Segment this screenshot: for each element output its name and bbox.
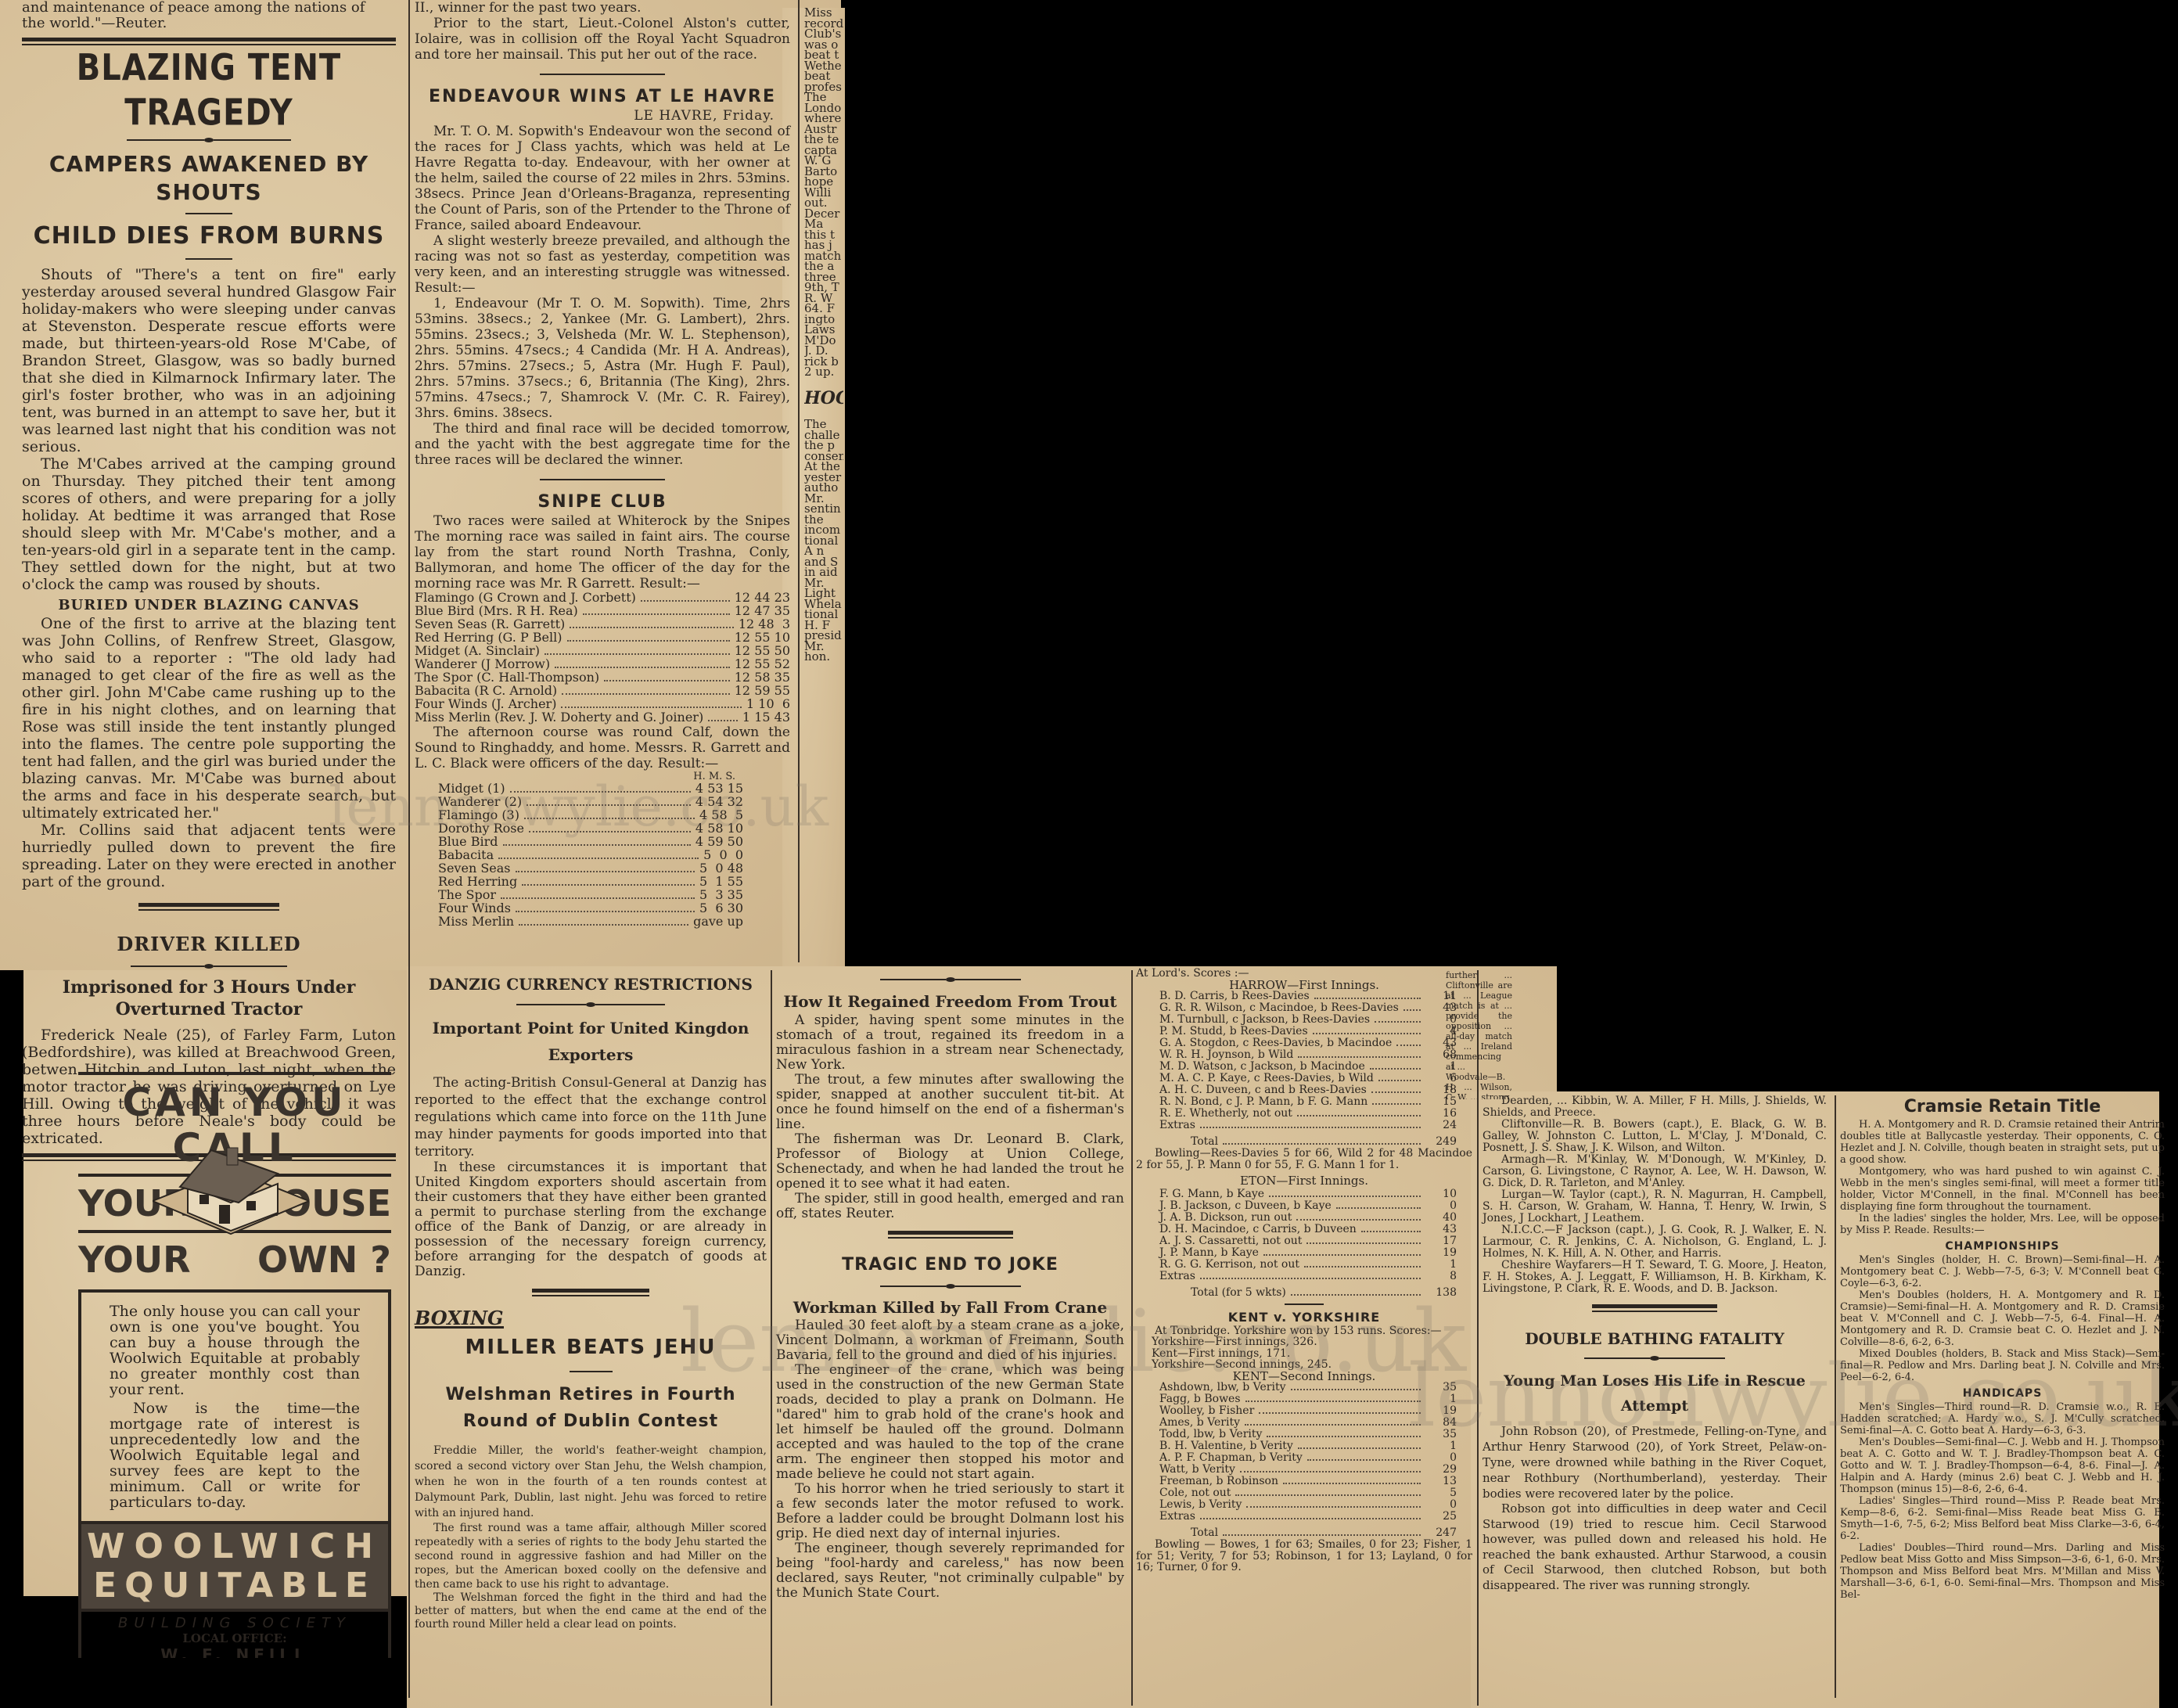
paragraph: The acting-British Consul-General at Dan… xyxy=(415,1074,767,1160)
table-row: Todd, lbw, b Verity35 xyxy=(1136,1429,1457,1440)
row-value: 12 55 52 xyxy=(735,658,790,670)
paragraph: The first round was a tame affair, altho… xyxy=(415,1521,767,1591)
row-label: P. M. Studd, b Rees-Davies xyxy=(1159,1026,1308,1037)
row-value: 40 xyxy=(1425,1212,1457,1224)
row-label: Lewis, b Verity xyxy=(1159,1499,1242,1511)
leader-dots xyxy=(1245,1401,1421,1402)
table-row: Total249 xyxy=(1136,1136,1457,1148)
row-label: Watt, b Verity xyxy=(1159,1464,1235,1476)
leader-dots xyxy=(1200,1518,1421,1519)
divider xyxy=(888,1231,1013,1239)
row-value: 0 xyxy=(1425,1499,1457,1511)
headline: BLAZING TENT TRAGEDY xyxy=(22,46,396,136)
leader-dots xyxy=(503,844,691,846)
top-fragment: II., winner for the past two years. Prio… xyxy=(415,0,790,63)
column-divider xyxy=(1131,970,1133,1706)
divider xyxy=(540,479,665,480)
leader-dots xyxy=(498,858,699,859)
row-value: 13 xyxy=(1425,1476,1457,1487)
table-row: G. R. R. Wilson, c Macindoe, b Rees-Davi… xyxy=(1136,1002,1457,1014)
leader-dots xyxy=(522,884,695,886)
advertisement-woolwich: CAN YOU CALL YOUR HOUSE YOUR OWN ? The o… xyxy=(78,1072,391,1698)
leader-dots xyxy=(1314,998,1421,999)
results-table-morning: Flamingo (G Crown and J. Corbett)12 44 2… xyxy=(415,592,790,725)
row-value: 12 58 35 xyxy=(735,671,790,683)
row-label: Miss Merlin (Rev. J. W. Doherty and G. J… xyxy=(415,711,703,723)
column-divider xyxy=(1835,1095,1836,1698)
table-row: M. Turnbull, c Jackson, b Rees-Davies0 xyxy=(1136,1014,1457,1026)
article-boxing: BOXING MILLER BEATS JEHU Welshman Retire… xyxy=(415,1311,767,1631)
row-value: 247 xyxy=(1425,1527,1457,1539)
text-line: Yorkshire—First innings, 326. xyxy=(1152,1336,1472,1348)
scorecard-total: Total (for 5 wkts)138 xyxy=(1136,1287,1472,1299)
text-line: 2 up. xyxy=(804,367,843,378)
row-value: 12 48 3 xyxy=(739,618,790,630)
row-label: R. N. Bond, c J. P. Mann, b F. G. Mann xyxy=(1159,1096,1368,1108)
row-value: 12 47 35 xyxy=(735,605,790,617)
text-line: Men's Doubles (holders, H. A. Montgomery… xyxy=(1840,1289,2165,1348)
leader-dots xyxy=(527,804,691,806)
ad-brand-1: WOOLWICH xyxy=(81,1527,388,1566)
column-5-fragment: further ... Cliftonville are at ... Leag… xyxy=(1446,970,1512,1099)
leader-dots xyxy=(1306,1242,1421,1244)
table-row: Extras8 xyxy=(1136,1271,1457,1282)
leader-dots xyxy=(501,897,695,899)
table-row: R. N. Bond, c J. P. Mann, b F. G. Mann15 xyxy=(1136,1096,1457,1108)
bowling-summary: Bowling—Rees-Davies 5 for 66, Wild 2 for… xyxy=(1136,1148,1472,1170)
paragraph: A spider, having spent some minutes in t… xyxy=(776,1013,1124,1073)
paragraph: The spider, still in good health, emerge… xyxy=(776,1192,1124,1221)
text-line: Ladies' Singles—Third round—Miss P. Read… xyxy=(1840,1495,2165,1542)
team-lists: Dearden, ... Kibbin, W. A. Miller, F H. … xyxy=(1483,1095,1827,1295)
leader-dots xyxy=(1267,1436,1421,1437)
text-line: Dearden, ... Kibbin, W. A. Miller, F H. … xyxy=(1483,1095,1827,1119)
table-row: Watt, b Verity29 xyxy=(1136,1464,1457,1476)
row-label: Flamingo (G Crown and J. Corbett) xyxy=(415,592,636,603)
text-line: hon. xyxy=(804,652,843,663)
leader-dots xyxy=(567,640,730,642)
row-value: 1 xyxy=(1425,1393,1457,1405)
row-value: 12 55 50 xyxy=(735,645,790,656)
paragraph: In the ladies' singles the holder, Mrs. … xyxy=(1840,1213,2165,1236)
scorecard-total: Total249 xyxy=(1136,1136,1472,1148)
row-value: 24 xyxy=(1425,1120,1457,1131)
row-label: M. Turnbull, c Jackson, b Rees-Davies xyxy=(1159,1014,1370,1026)
paragraph: The afternoon course was round Calf, dow… xyxy=(415,725,790,771)
headline: ENDEAVOUR WINS AT LE HAVRE xyxy=(415,86,790,108)
text-line: Men's Singles (holder, H. C. Brown)—Semi… xyxy=(1840,1254,2165,1289)
table-row: Fagg, b Bowes1 xyxy=(1136,1393,1457,1405)
leader-dots xyxy=(604,680,730,681)
divider xyxy=(570,1371,613,1372)
row-value: 16 xyxy=(1425,1108,1457,1120)
headline: MILLER BEATS JEHU xyxy=(415,1333,767,1361)
row-label: M. A. C. P. Kaye, c Rees-Davies, b Wild xyxy=(1159,1073,1374,1084)
table-row: A. P. F. Chapman, b Verity0 xyxy=(1136,1452,1457,1464)
paragraph: The third and final race will be decided… xyxy=(415,421,790,468)
text-line: Men's Doubles—Semi-final—C. J. Webb and … xyxy=(1840,1437,2165,1495)
table-row: B. H. Valentine, b Verity1 xyxy=(1136,1440,1457,1452)
paragraph: The fisherman was Dr. Leonard B. Clark, … xyxy=(776,1132,1124,1192)
paragraph: Mr. T. O. M. Sopwith's Endeavour won the… xyxy=(415,124,790,233)
row-label: Fagg, b Bowes xyxy=(1159,1393,1241,1405)
leader-dots xyxy=(1307,1459,1421,1461)
text-line: Mixed Doubles (holders, B. Stack and Mis… xyxy=(1840,1348,2165,1383)
leader-dots xyxy=(1246,1506,1421,1508)
subheadline: Workman Killed by Fall From Crane xyxy=(776,1296,1124,1318)
table-row: M. A. C. P. Kaye, c Rees-Davies, b Wild6 xyxy=(1136,1073,1457,1084)
row-label: Seven Seas (R. Garrett) xyxy=(415,618,565,630)
bowling-summary: Bowling — Bowes, 1 for 63; Smailes, 0 fo… xyxy=(1136,1539,1472,1573)
row-label: Wanderer (J Morrow) xyxy=(415,658,550,670)
row-value: 19 xyxy=(1425,1247,1457,1259)
paragraph: The M'Cabes arrived at the camping groun… xyxy=(22,455,396,593)
divider xyxy=(22,38,396,45)
row-label: Ames, b Verity xyxy=(1159,1417,1240,1429)
text-line: Ladies' Doubles—Third round—Mrs. Darling… xyxy=(1840,1542,2165,1601)
row-label: Wanderer (2) xyxy=(438,796,522,807)
row-value: 4 58 5 xyxy=(699,809,743,821)
text-line: Cliftonville—R. B. Bowers (capt.), E. Bl… xyxy=(1483,1119,1827,1154)
ornament-divider xyxy=(1584,1356,1725,1361)
divider xyxy=(185,258,232,260)
paragraph: A slight westerly breeze prevailed, and … xyxy=(415,233,790,296)
article-danzig: DANZIG CURRENCY RESTRICTIONS Important P… xyxy=(415,974,767,1279)
ornament-divider xyxy=(880,977,1021,982)
table-row: Total247 xyxy=(1136,1527,1457,1539)
text-line: Men's Singles—Third round—R. D. Cramsie … xyxy=(1840,1401,2165,1437)
column-sliver: MissrecordClub'swas obeat tWethebeatprof… xyxy=(804,8,843,663)
ornament-divider xyxy=(131,964,287,969)
ornament-divider xyxy=(127,138,291,142)
column-1: and maintenance of peace among the natio… xyxy=(22,0,396,1167)
headline: TRAGIC END TO JOKE xyxy=(776,1254,1124,1276)
leader-dots xyxy=(1291,1389,1421,1390)
leader-dots xyxy=(1371,1091,1421,1093)
column-6-tennis: Cramsie Retain Title H. A. Montgomery an… xyxy=(1840,1095,2165,1601)
row-value: 29 xyxy=(1425,1464,1457,1476)
paragraph: Montgomery, who was hard pushed to win a… xyxy=(1840,1166,2165,1213)
results-table-afternoon: Midget (1)4 53 15Wanderer (2)4 54 32Flam… xyxy=(415,782,790,929)
leader-dots xyxy=(561,707,742,708)
leader-dots xyxy=(1336,1207,1421,1209)
table-row: R. E. Whetherly, not out16 xyxy=(1136,1108,1457,1120)
headline: How It Regained Freedom From Trout xyxy=(776,990,1124,1013)
article-endeavour: ENDEAVOUR WINS AT LE HAVRE LE HAVRE, Fri… xyxy=(415,86,790,468)
table-row: P. M. Studd, b Rees-Davies4 xyxy=(1136,1026,1457,1037)
row-value: 19 xyxy=(1425,1405,1457,1417)
row-label: The Spor xyxy=(438,889,496,901)
leader-dots xyxy=(1313,1033,1421,1034)
leader-dots xyxy=(641,600,730,602)
leader-dots xyxy=(1403,1009,1421,1011)
leader-dots xyxy=(1396,1045,1421,1046)
leader-dots xyxy=(1304,1266,1421,1268)
subheadline: CHILD DIES FROM BURNS xyxy=(22,221,396,252)
row-value: 12 55 10 xyxy=(735,631,790,643)
innings-heading: ETON—First Innings. xyxy=(1136,1175,1472,1187)
text-line: N.I.C.C.—F Jackson (capt.), J. G. Cook, … xyxy=(1483,1224,1827,1260)
article-blazing-tent: BLAZING TENT TRAGEDY CAMPERS AWAKENED BY… xyxy=(22,52,396,890)
ad-society: BUILDING SOCIETY xyxy=(81,1615,388,1631)
innings-heading: KENT—Second Innings. xyxy=(1136,1371,1472,1383)
dateline: LE HAVRE, Friday. xyxy=(415,108,790,124)
table-row: J. P. Mann, b Kaye19 xyxy=(1136,1247,1457,1259)
table-row: Extras24 xyxy=(1136,1120,1457,1131)
text-line: Lurgan—W. Taylor (capt.), R. N. Magurran… xyxy=(1483,1189,1827,1224)
row-label: B. H. Valentine, b Verity xyxy=(1159,1440,1293,1452)
row-label: Extras xyxy=(1159,1271,1195,1282)
headline: DOUBLE BATHING FATALITY xyxy=(1483,1329,1827,1348)
row-value: 8 xyxy=(1425,1271,1457,1282)
crosshead: HANDICAPS xyxy=(1840,1388,2165,1400)
leader-dots xyxy=(1223,1534,1421,1536)
ad-footer: BUILDING SOCIETY LOCAL OFFICE: W. F. NEI… xyxy=(78,1612,391,1658)
row-label: Babacita (R C. Arnold) xyxy=(415,685,557,696)
row-label: Freeman, b Robinson xyxy=(1159,1476,1278,1487)
headline: KENT v. YORKSHIRE xyxy=(1136,1310,1472,1325)
table-row: Miss Merlingave up xyxy=(415,915,743,929)
column-2-lower: DANZIG CURRENCY RESTRICTIONS Important P… xyxy=(415,974,767,1631)
row-label: Blue Bird (Mrs. R H. Rea) xyxy=(415,605,578,617)
innings-heading: HARROW—First Innings. xyxy=(1136,980,1472,991)
row-label: Total xyxy=(1191,1136,1218,1148)
ad-office-name: W. F. NEILL xyxy=(81,1645,388,1658)
row-label: Babacita xyxy=(438,849,494,861)
leader-dots xyxy=(555,667,730,668)
table-row: Total (for 5 wkts)138 xyxy=(1136,1287,1457,1299)
row-value: 1 15 43 xyxy=(742,711,790,723)
leader-dots xyxy=(570,627,734,628)
row-label: A. J. S. Cassaretti, not out xyxy=(1159,1235,1302,1247)
ornament-divider xyxy=(516,1002,665,1007)
leader-dots xyxy=(1297,1115,1421,1116)
article-trout: How It Regained Freedom From Trout A spi… xyxy=(776,990,1124,1221)
innings-summary: Yorkshire—First innings, 326.Kent—First … xyxy=(1136,1336,1472,1371)
scorecard-kent: Ashdown, lbw, b Verity35Fagg, b Bowes1Wo… xyxy=(1136,1382,1472,1523)
row-label: Woolley, b Fisher xyxy=(1159,1405,1254,1417)
row-value: 5 0 0 xyxy=(703,849,743,861)
section-label: HOC xyxy=(804,394,843,405)
row-value: 12 59 55 xyxy=(735,685,790,696)
row-label: Cole, not out xyxy=(1159,1487,1231,1499)
paragraph: One of the first to arrive at the blazin… xyxy=(22,615,396,822)
table-row: Miss Merlin (Rev. J. W. Doherty and G. J… xyxy=(415,711,790,725)
row-label: Red Herring (G. P Bell) xyxy=(415,631,562,643)
paragraph: Robson got into difficulties in deep wat… xyxy=(1483,1501,1827,1593)
row-label: Ashdown, lbw, b Verity xyxy=(1159,1382,1286,1393)
leader-dots xyxy=(544,653,730,655)
leader-dots xyxy=(1298,1056,1421,1058)
row-label: R. E. Whetherly, not out xyxy=(1159,1108,1292,1120)
row-value: 43 xyxy=(1425,1224,1457,1235)
row-value: 0 xyxy=(1425,1452,1457,1464)
paragraph: To his horror when he tried seriously to… xyxy=(776,1482,1124,1541)
row-value: 25 xyxy=(1425,1511,1457,1523)
table-row: W. R. H. Joynson, b Wild68 xyxy=(1136,1049,1457,1061)
divider xyxy=(532,1289,649,1296)
ad-headline-3a: YOUR xyxy=(78,1239,191,1281)
row-value: 0 xyxy=(1425,1200,1457,1212)
table-row: Freeman, b Robinson13 xyxy=(1136,1476,1457,1487)
leader-dots xyxy=(519,924,688,926)
row-label: G. A. Stogdon, c Rees-Davies, b Macindoe xyxy=(1159,1037,1392,1049)
paragraph: In these circumstances it is important t… xyxy=(415,1160,767,1279)
row-label: Total xyxy=(1191,1527,1218,1539)
divider xyxy=(1592,1304,1717,1312)
paragraph: Freddie Miller, the world's feather-weig… xyxy=(415,1443,767,1521)
text-line: Kent—First innings, 171. xyxy=(1152,1348,1472,1360)
row-value: 35 xyxy=(1425,1429,1457,1440)
row-value: 4 58 10 xyxy=(695,822,743,834)
row-label: G. R. R. Wilson, c Macindoe, b Rees-Davi… xyxy=(1159,1002,1399,1014)
table-row: Woolley, b Fisher19 xyxy=(1136,1405,1457,1417)
table-row: R. G. G. Kerrison, not out1 xyxy=(1136,1259,1457,1271)
subheadline: CAMPERS AWAKENED BY SHOUTS xyxy=(22,150,396,207)
table-row: F. G. Mann, b Kaye10 xyxy=(1136,1188,1457,1200)
paragraph: Hauled 30 feet aloft by a steam crane as… xyxy=(776,1318,1124,1363)
row-value: 4 53 15 xyxy=(695,782,743,794)
row-label: Todd, lbw, b Verity xyxy=(1159,1429,1262,1440)
column-2: II., winner for the past two years. Prio… xyxy=(415,0,790,929)
row-label: Total (for 5 wkts) xyxy=(1191,1287,1286,1299)
row-label: Midget (1) xyxy=(438,782,505,794)
column-divider xyxy=(408,0,410,1698)
ad-headline-3b: OWN ? xyxy=(257,1239,391,1281)
leader-dots xyxy=(1378,1080,1421,1081)
article-bathing-fatality: DOUBLE BATHING FATALITY Young Man Loses … xyxy=(1483,1329,1827,1593)
leader-dots xyxy=(1200,1278,1421,1279)
results-paragraph: 1, Endeavour (Mr T. O. M. Sopwith). Time… xyxy=(415,296,790,421)
table-row: M. D. Watson, c Jackson, b Macindoe1 xyxy=(1136,1061,1457,1073)
row-label: A. P. F. Chapman, b Verity xyxy=(1159,1452,1303,1464)
leader-dots xyxy=(1223,1143,1421,1145)
leader-dots xyxy=(1235,1494,1421,1496)
row-label: Miss Merlin xyxy=(438,915,514,927)
table-row: Ames, b Verity84 xyxy=(1136,1417,1457,1429)
ad-body-1: The only house you can call your own is … xyxy=(110,1303,360,1397)
leader-dots xyxy=(1245,1424,1421,1426)
row-label: A. H. C. Duveen, c and b Rees-Davies xyxy=(1159,1084,1367,1096)
divider xyxy=(540,74,665,75)
row-value: 5 0 48 xyxy=(699,862,743,874)
table-row: A. H. C. Duveen, c and b Rees-Davies18 xyxy=(1136,1084,1457,1096)
row-label: Four Winds xyxy=(438,902,511,914)
divider xyxy=(185,213,232,214)
table-row: Extras25 xyxy=(1136,1511,1457,1523)
leader-dots xyxy=(1375,1021,1421,1023)
column-5: Dearden, ... Kibbin, W. A. Miller, F H. … xyxy=(1483,1095,1827,1593)
row-label: Blue Bird xyxy=(438,836,498,847)
ad-rule xyxy=(78,1072,391,1075)
row-label: The Spor (C. Hall-Thompson) xyxy=(415,671,599,683)
row-value: 17 xyxy=(1425,1235,1457,1247)
row-value: 5 1 55 xyxy=(699,876,743,887)
paragraph: Two races were sailed at Whiterock by th… xyxy=(415,513,790,592)
headline: DANZIG CURRENCY RESTRICTIONS xyxy=(415,974,767,994)
text-line: Cheshire Wayfarers—H T. Seward, T. G. Mo… xyxy=(1483,1260,1827,1295)
row-value: 5 6 30 xyxy=(699,902,743,914)
paragraph: John Robson (20), of Prestmede, Felling-… xyxy=(1483,1423,1827,1501)
table-row: D. H. Macindoe, c Carris, b Duveen43 xyxy=(1136,1224,1457,1235)
row-label: Four Winds (J. Archer) xyxy=(415,698,556,710)
row-label: M. D. Watson, c Jackson, b Macindoe xyxy=(1159,1061,1365,1073)
leader-dots xyxy=(708,720,738,721)
divider xyxy=(138,903,279,911)
headline: DRIVER KILLED xyxy=(22,933,396,956)
paragraph: The trout, a few minutes after swallowin… xyxy=(776,1073,1124,1132)
table-row: G. A. Stogdon, c Rees-Davies, b Macindoe… xyxy=(1136,1037,1457,1049)
leader-dots xyxy=(1372,1103,1421,1105)
row-label: Red Herring xyxy=(438,876,517,887)
column-divider xyxy=(798,0,800,962)
row-value: 249 xyxy=(1425,1136,1457,1148)
section-label: BOXING xyxy=(415,1311,504,1329)
ad-body-box: The only house you can call your own is … xyxy=(78,1289,391,1521)
leader-dots xyxy=(1269,1196,1421,1197)
leader-dots xyxy=(516,871,695,872)
leader-dots xyxy=(524,818,695,819)
leader-dots xyxy=(1291,1294,1421,1296)
table-row: J. B. Jackson, c Duveen, b Kaye0 xyxy=(1136,1200,1457,1212)
scorecard-total: Total247 xyxy=(1136,1527,1472,1539)
table-row: Cole, not out5 xyxy=(1136,1487,1457,1499)
ad-body-2: Now is the time—the mortgage rate of int… xyxy=(110,1401,360,1510)
leader-dots xyxy=(1298,1447,1421,1449)
ad-office-label: LOCAL OFFICE: xyxy=(81,1631,388,1645)
scorecard-harrow: B. D. Carris, b Rees-Davies11G. R. R. Wi… xyxy=(1136,991,1472,1131)
table-row: A. J. S. Cassaretti, not out17 xyxy=(1136,1235,1457,1247)
paragraph: The Welshman forced the fight in the thi… xyxy=(415,1591,767,1631)
paragraph: The engineer of the crane, which was bei… xyxy=(776,1363,1124,1482)
intro: At Tonbridge. Yorkshire won by 153 runs.… xyxy=(1136,1325,1472,1337)
leader-dots xyxy=(1296,1219,1421,1221)
leader-dots xyxy=(1240,1471,1421,1472)
table-row: J. A. B. Dickson, run out40 xyxy=(1136,1212,1457,1224)
row-label: R. G. G. Kerrison, not out xyxy=(1159,1259,1299,1271)
row-value: gave up xyxy=(693,915,743,927)
crosshead: BURIED UNDER BLAZING CANVAS xyxy=(22,598,396,613)
divider xyxy=(1285,1303,1324,1305)
row-value: 1 xyxy=(1425,1440,1457,1452)
top-fragment: and maintenance of peace among the natio… xyxy=(22,0,396,31)
championship-results: Men's Singles (holder, H. C. Brown)—Semi… xyxy=(1840,1254,2165,1383)
leader-dots xyxy=(1263,1254,1421,1256)
article-tragic-joke: TRAGIC END TO JOKE Workman Killed by Fal… xyxy=(776,1254,1124,1601)
row-label: J. P. Mann, b Kaye xyxy=(1159,1247,1259,1259)
paragraph: Mr. Collins said that adjacent tents wer… xyxy=(22,822,396,890)
row-value: 84 xyxy=(1425,1417,1457,1429)
row-value: 5 3 35 xyxy=(699,889,743,901)
column-3: How It Regained Freedom From Trout A spi… xyxy=(776,974,1124,1601)
column-divider xyxy=(771,970,772,1706)
row-value: 4 59 50 xyxy=(695,836,743,847)
row-label: J. A. B. Dickson, run out xyxy=(1159,1212,1292,1224)
subheadline: Imprisoned for 3 Hours Under Overturned … xyxy=(22,976,396,1020)
row-value: 12 44 23 xyxy=(735,592,790,603)
leader-dots xyxy=(583,613,730,615)
leader-dots xyxy=(516,911,695,912)
table-row: Lewis, b Verity0 xyxy=(1136,1499,1457,1511)
row-value: 1 xyxy=(1425,1259,1457,1271)
crosshead: CHAMPIONSHIPS xyxy=(1840,1241,2165,1253)
ornament-divider xyxy=(880,1284,1021,1289)
article-snipe-club: SNIPE CLUB Two races were sailed at Whit… xyxy=(415,491,790,929)
leader-dots xyxy=(1361,1231,1421,1232)
row-label: Extras xyxy=(1159,1120,1195,1131)
headline: Cramsie Retain Title xyxy=(1840,1095,2165,1119)
scorecard-eton: F. G. Mann, b Kaye10J. B. Jackson, c Duv… xyxy=(1136,1188,1472,1282)
